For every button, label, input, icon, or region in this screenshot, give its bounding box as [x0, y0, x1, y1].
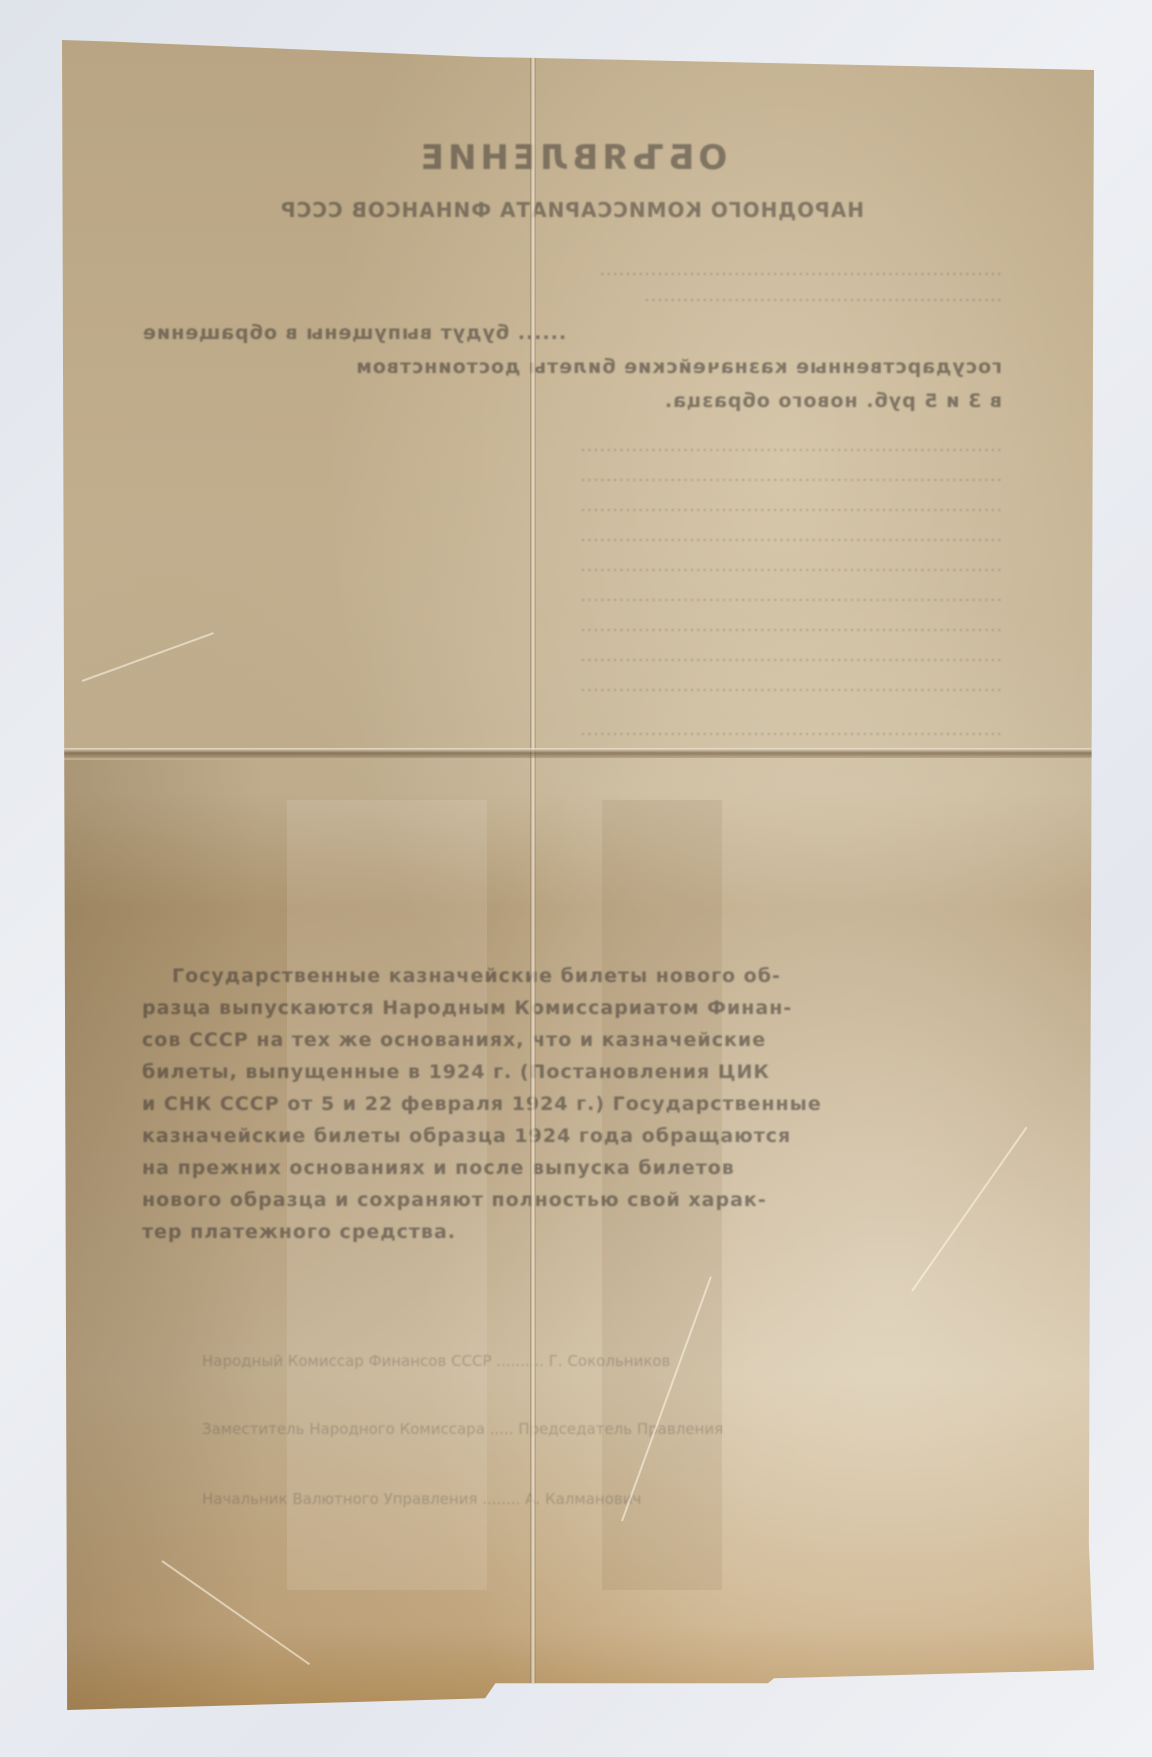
faint-line: ........................................… [142, 676, 1002, 696]
vertical-fold [530, 40, 536, 1710]
paragraph-line: тер платежного средства. [142, 1221, 1002, 1243]
paragraph-line: разца выпускаются Народным Комиссариатом… [142, 997, 1002, 1019]
bold-line: ...... будут выпущены в обращение [142, 322, 1002, 344]
paper-sheet: ОБЪЯВЛЕНИЕ НАРОДНОГО КОМИССАРИАТА ФИНАНС… [62, 40, 1094, 1710]
faint-line: ........................................… [142, 526, 1002, 546]
faint-line: ........................................… [142, 616, 1002, 636]
paragraph-line: сов СССР на тех же основаниях, что и каз… [142, 1029, 1002, 1051]
horizontal-fold [62, 748, 1094, 758]
faint-line: ........................................… [142, 286, 1002, 306]
paragraph-line: казначейские билеты образца 1924 года об… [142, 1125, 1002, 1147]
bold-line: в 3 и 5 руб. нового образца. [142, 390, 1002, 412]
faint-line: ........................................… [142, 586, 1002, 606]
document-subtitle: НАРОДНОГО КОМИССАРИАТА ФИНАНСОВ СССР [142, 198, 1002, 222]
paragraph-line: нового образца и сохраняют полностью сво… [142, 1189, 1002, 1211]
faint-line: ........................................… [142, 436, 1002, 456]
document-title: ОБЪЯВЛЕНИЕ [142, 138, 1002, 178]
paragraph-line: и СНК СССР от 5 и 22 февраля 1924 г.) Го… [142, 1093, 1002, 1115]
paragraph-line: Государственные казначейские билеты ново… [142, 965, 1002, 987]
signature-line: Народный Комиссар Финансов СССР ........… [202, 1352, 962, 1370]
faint-line: ........................................… [142, 260, 1002, 280]
bold-line: государственные казначейские билеты дост… [142, 356, 1002, 378]
signature-line: Заместитель Народного Комиссара ..... Пр… [202, 1420, 962, 1438]
bottom-paragraph: Государственные казначейские билеты ново… [142, 965, 1002, 1265]
faint-line: ........................................… [142, 646, 1002, 666]
top-section-mirrored: ОБЪЯВЛЕНИЕ НАРОДНОГО КОМИССАРИАТА ФИНАНС… [142, 110, 1002, 750]
faint-line: ........................................… [142, 556, 1002, 576]
faint-line: ........................................… [142, 466, 1002, 486]
signature-line: Начальник Валютного Управления ........ … [202, 1490, 962, 1508]
faint-line: ........................................… [142, 496, 1002, 516]
paragraph-line: на прежних основаниях и после выпуска би… [142, 1157, 1002, 1179]
paragraph-line: билеты, выпущенные в 1924 г. (Постановле… [142, 1061, 1002, 1083]
faint-line: ........................................… [142, 720, 1002, 740]
